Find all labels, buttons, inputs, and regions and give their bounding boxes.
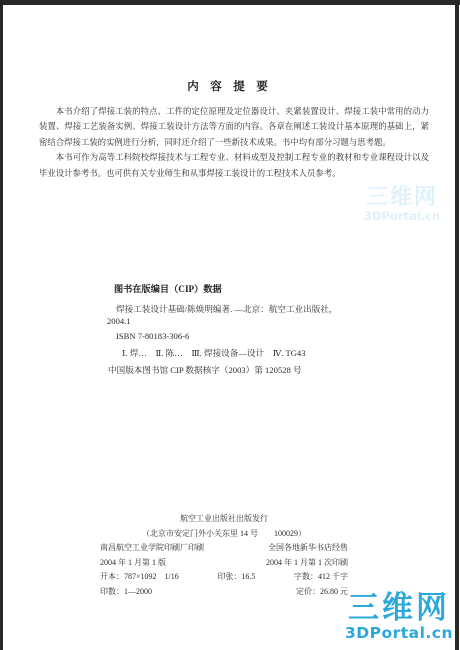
scan-edge-left <box>0 0 3 650</box>
printing: 2004 年 1 月第 1 次印刷 <box>266 556 348 571</box>
scan-edge-top <box>0 0 460 5</box>
content-summary-title: 内 容 提 要 <box>0 78 455 94</box>
cip-record-number: 中国版本图书馆 CIP 数据核字（2003）第 120528 号 <box>108 364 302 376</box>
cip-book-line: 焊接工装设计基础/陈焕明编著. —北京：航空工业出版社， <box>116 303 338 315</box>
publisher-line: 航空工业出版社出版发行 <box>100 512 348 527</box>
content-summary-body: 本书介绍了焊接工装的特点、工件的定位原理及定位器设计、夹紧装置设计、焊接工装中常… <box>39 104 429 181</box>
watermark-site-url: 3DPortal.cn <box>340 626 458 641</box>
edition-printing-row: 2004 年 1 月第 1 版 2004 年 1 月第 1 次印刷 <box>100 556 348 571</box>
cip-classification: Ⅰ. 焊… Ⅱ. 陈… Ⅲ. 焊接设备—设计 Ⅳ. TG43 <box>122 347 306 359</box>
printer: 南昌航空工业学院印刷厂印刷 <box>100 541 204 556</box>
watermark-site-url: 3DPortal.cn <box>350 210 454 222</box>
watermark-logo: 三维网 3DPortal.cn <box>340 591 458 641</box>
word-count: 字数：412 千字 <box>294 570 348 585</box>
print-run: 印数：1—2000 <box>100 585 152 600</box>
format: 开本：787×1092 1/16 <box>100 570 179 585</box>
cip-heading: 图书在版编目（CIP）数据 <box>114 281 222 295</box>
format-sheets-words-row: 开本：787×1092 1/16 印张：16.5 字数：412 千字 <box>100 570 348 585</box>
printrun-price-row: 印数：1—2000 定价：26.80 元 <box>100 585 348 600</box>
watermark-site-name: 三维网 <box>350 186 454 210</box>
distributor: 全国各地新华书店经售 <box>268 541 348 556</box>
cip-year-line: 2004.1 <box>107 316 131 326</box>
colophon-block: 航空工业出版社出版发行 （北京市安定门外小关东里 14 号 100029） 南昌… <box>100 512 348 600</box>
edition: 2004 年 1 月第 1 版 <box>100 556 166 571</box>
summary-paragraph-2: 本书可作为高等工科院校焊接技术与工程专业、材料成型及控制工程专业的教材和专业课程… <box>39 150 429 181</box>
watermark-faint: 三维网 3DPortal.cn <box>350 186 454 222</box>
scan-edge-right <box>455 0 459 650</box>
sheets: 印张：16.5 <box>217 570 255 585</box>
cip-isbn: ISBN 7-80183-306-6 <box>116 331 189 341</box>
watermark-site-name: 三维网 <box>340 591 458 626</box>
publisher-address: （北京市安定门外小关东里 14 号 100029） <box>100 527 348 542</box>
summary-paragraph-1: 本书介绍了焊接工装的特点、工件的定位原理及定位器设计、夹紧装置设计、焊接工装中常… <box>39 104 429 150</box>
printer-distributor-row: 南昌航空工业学院印刷厂印刷 全国各地新华书店经售 <box>100 541 348 556</box>
